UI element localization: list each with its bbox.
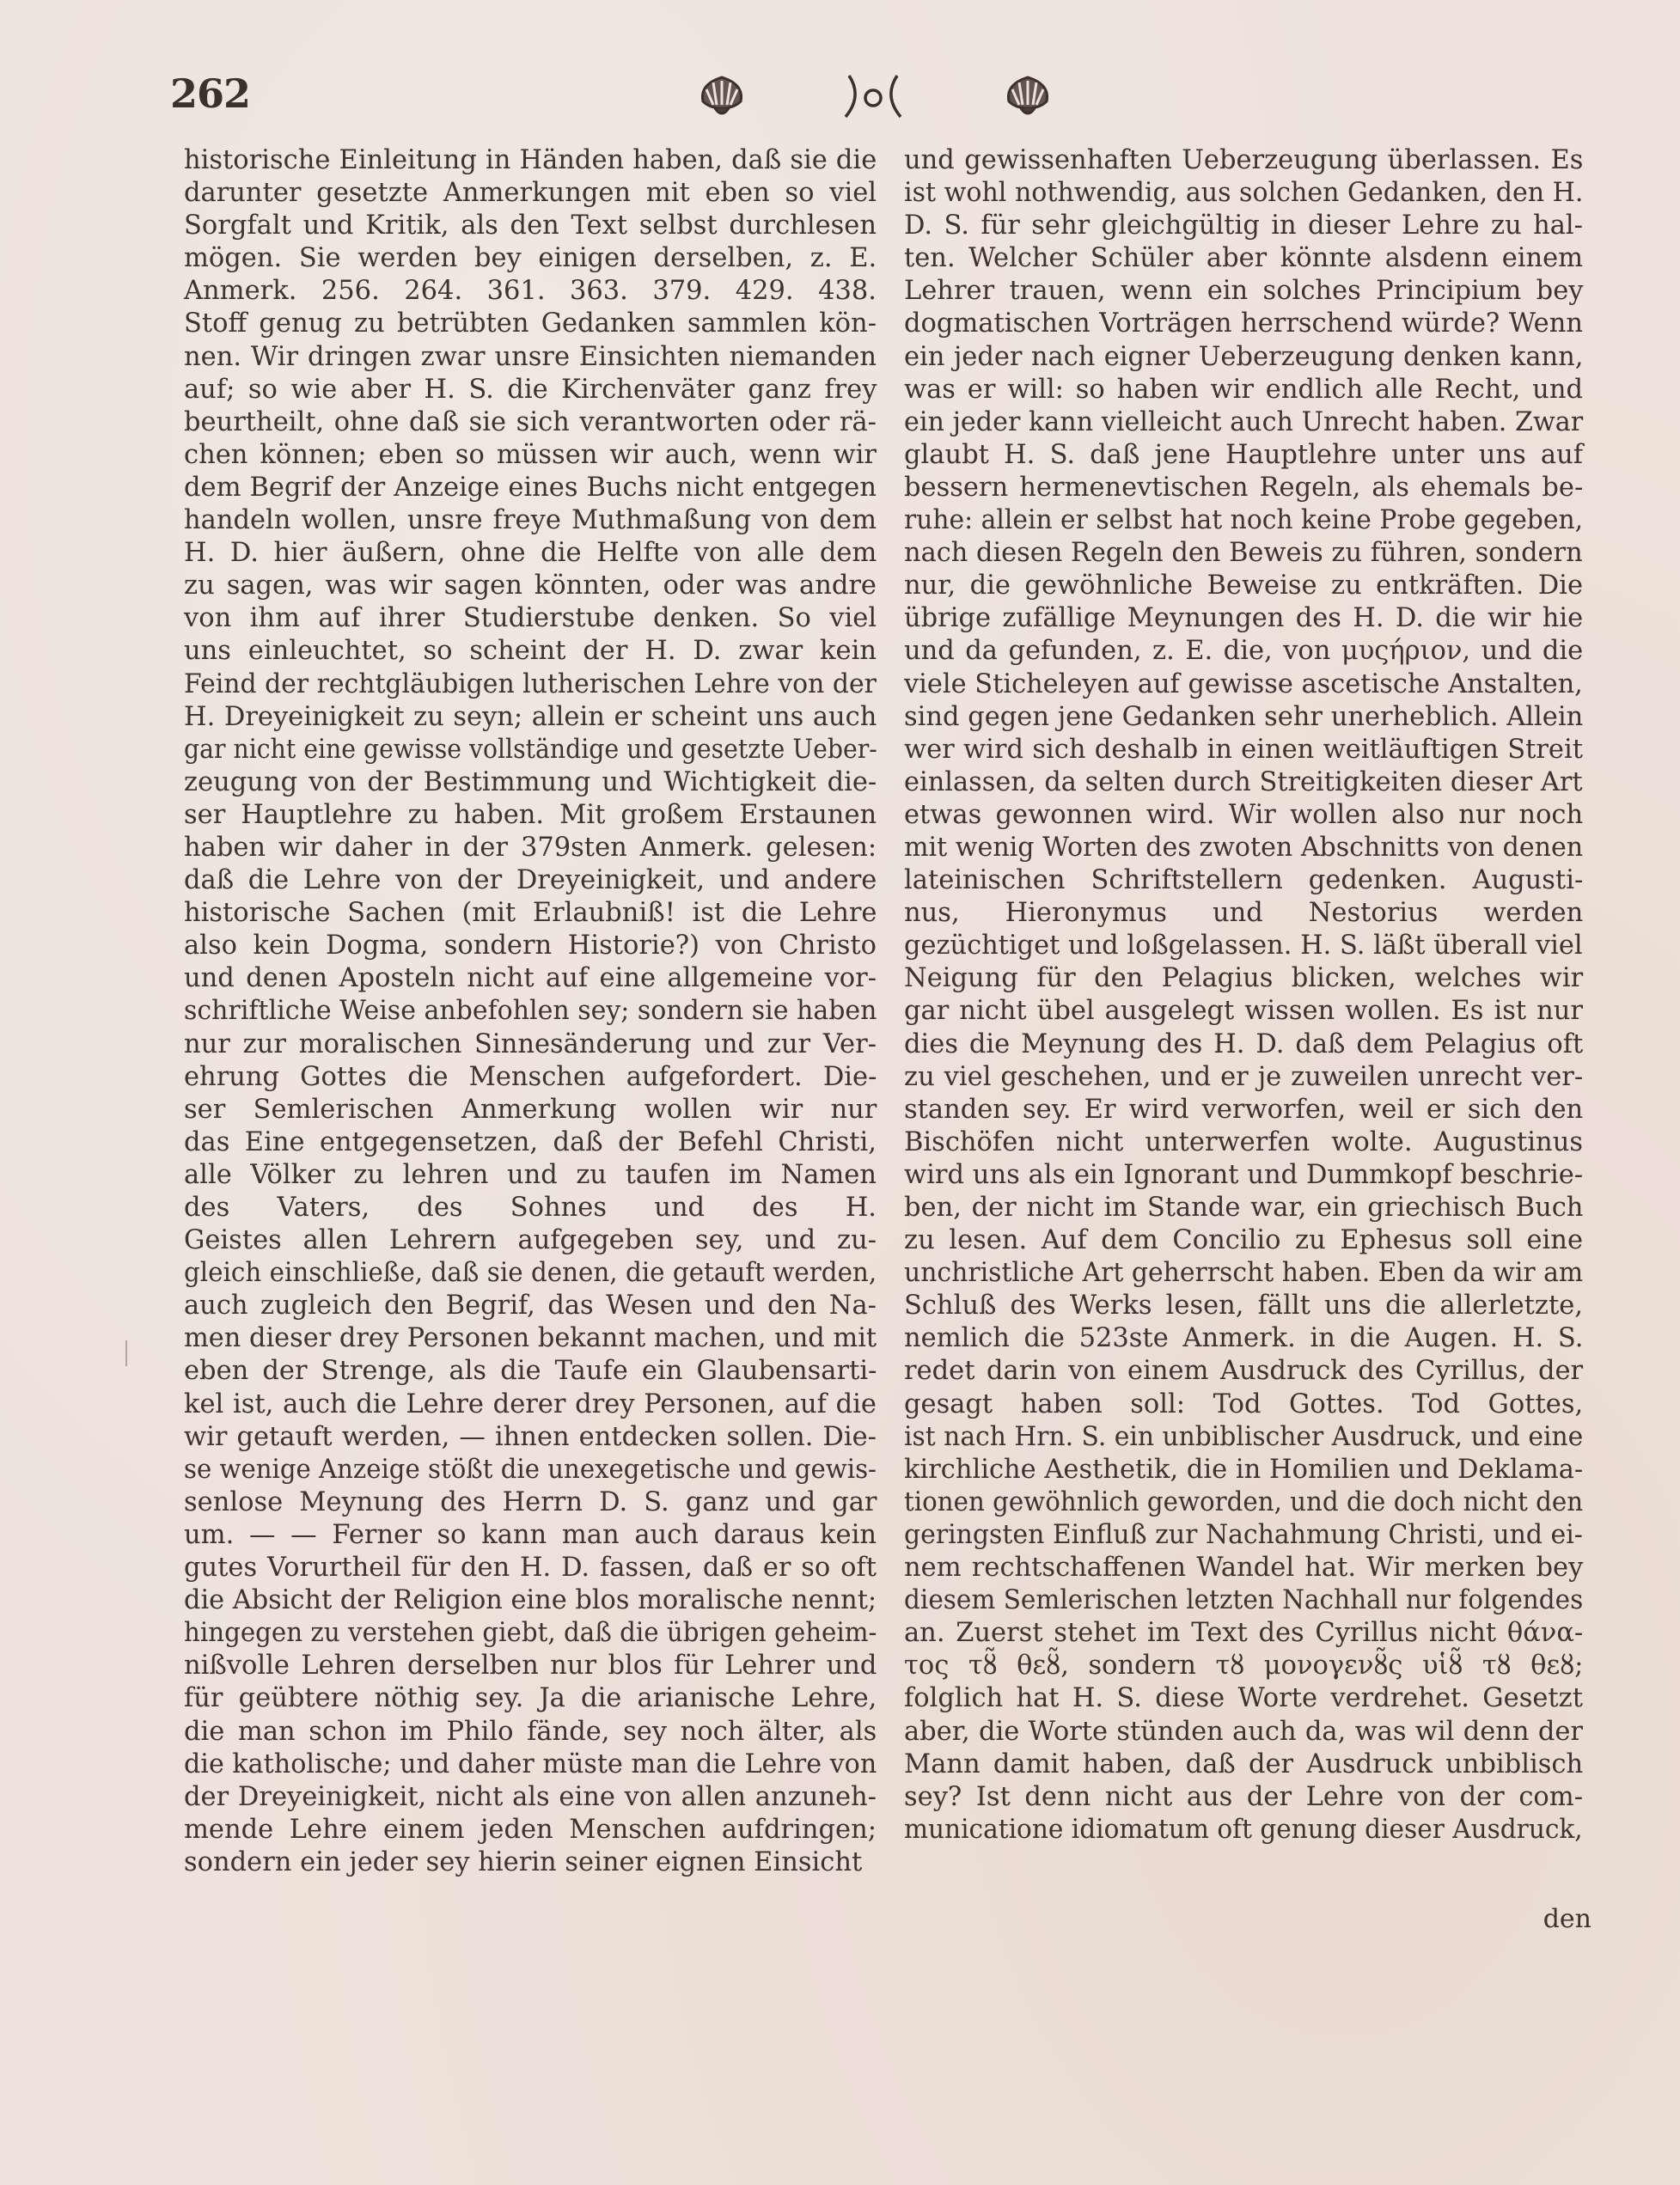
text-line: historische Sachen (mit Erlaubniß! ist d… — [184, 897, 877, 930]
text-line: Feind der rechtgläubigen lutherischen Le… — [184, 668, 877, 701]
text-line: wir getauft werden, — ihnen entdecken so… — [184, 1421, 877, 1454]
text-line: Schluß des Werks lesen, fällt uns die al… — [904, 1290, 1583, 1322]
text-line: für geübtere nöthig sey. Ja die arianisc… — [184, 1682, 877, 1715]
shell-icon — [696, 72, 748, 124]
text-line: gesagt haben soll: Tod Gottes. Tod Gotte… — [904, 1389, 1583, 1421]
text-line: standen sey. Er wird verworfen, weil er … — [904, 1094, 1583, 1126]
bracket-circle-icon — [840, 70, 906, 125]
text-line: Stoff genug zu betrübten Gedanken sammle… — [184, 308, 877, 340]
text-line: und denen Aposteln nicht auf eine allgem… — [184, 962, 877, 995]
text-line: lateinischen Schriftstellern gedenken. A… — [904, 864, 1583, 897]
text-line: viele Sticheleyen auf gewisse ascetische… — [904, 668, 1583, 701]
margin-mark — [125, 1340, 127, 1366]
text-line: haben wir daher in der 379sten Anmerk. g… — [184, 832, 877, 864]
text-line: ruhe: allein er selbst hat noch keine Pr… — [904, 504, 1583, 537]
text-line: glaubt H. S. daß jene Hauptlehre unter u… — [904, 439, 1583, 472]
text-line: ehrung Gottes die Menschen aufgefordert.… — [184, 1061, 877, 1094]
text-line: Anmerk. 256. 264. 361. 363. 379. 429. 43… — [184, 275, 877, 308]
text-line: dogmatischen Vorträgen herrschend würde?… — [904, 308, 1583, 340]
text-line: nißvolle Lehren derselben nur blos für L… — [184, 1650, 877, 1682]
text-line: senlose Meynung des Herrn D. S. ganz und… — [184, 1486, 877, 1519]
text-line: der Dreyeinigkeit, nicht als eine von al… — [184, 1781, 877, 1814]
text-line: H. D. hier äußern, ohne die Helfte von a… — [184, 537, 877, 570]
text-line: ben, der nicht im Stande war, ein griech… — [904, 1192, 1583, 1224]
text-line: nen. Wir dringen zwar unsre Einsichten n… — [184, 341, 877, 374]
text-line: nus, Hieronymus und Nestorius werden — [904, 897, 1583, 930]
text-line: sey? Ist denn nicht aus der Lehre von de… — [904, 1781, 1583, 1814]
text-line: und da gefunden, z. E. die, von μυςήριον… — [904, 635, 1583, 668]
text-line: geringsten Einfluß zur Nachahmung Christ… — [904, 1519, 1583, 1552]
text-line: zu viel geschehen, und er je zuweilen un… — [904, 1061, 1583, 1094]
text-line: Geistes allen Lehrern aufgegeben sey, un… — [184, 1224, 877, 1257]
text-line: gleich einschließe, daß sie denen, die g… — [184, 1257, 877, 1290]
text-line: nemlich die 523ste Anmerk. in die Augen.… — [904, 1322, 1583, 1355]
text-line: sondern ein jeder sey hierin seiner eign… — [184, 1846, 877, 1879]
text-line: gezüchtiget und loßgelassen. H. S. läßt … — [904, 930, 1583, 962]
text-line: also kein Dogma, sondern Historie?) von … — [184, 930, 877, 962]
page-number: 262 — [170, 70, 250, 117]
text-line: übrige zufällige Meynungen des H. D. die… — [904, 602, 1583, 635]
text-line: darunter gesetzte Anmerkungen mit eben s… — [184, 177, 877, 210]
text-line: nach diesen Regeln den Beweis zu führen,… — [904, 537, 1583, 570]
text-line: ein jeder nach eigner Ueberzeugung denke… — [904, 341, 1583, 374]
text-line: gar nicht eine gewisse vollständige und … — [184, 734, 877, 766]
text-line: aber, die Worte stünden auch da, was wil… — [904, 1716, 1583, 1749]
text-line: ist nach Hrn. S. ein unbiblischer Ausdru… — [904, 1421, 1583, 1454]
text-line: D. S. für sehr gleichgültig in dieser Le… — [904, 210, 1583, 242]
text-line: um. — — Ferner so kann man auch daraus k… — [184, 1519, 877, 1552]
text-line: kirchliche Aesthetik, die in Homilien un… — [904, 1454, 1583, 1486]
text-line: wer wird sich deshalb in einen weitläuft… — [904, 734, 1583, 766]
text-line: historische Einleitung in Händen haben, … — [184, 144, 877, 177]
text-line: zu sagen, was wir sagen könnten, oder wa… — [184, 570, 877, 602]
text-line: und gewissenhaften Ueberzeugung überlass… — [904, 144, 1583, 177]
text-line: Mann damit haben, daß der Ausdruck unbib… — [904, 1749, 1583, 1781]
catchword: den — [1543, 1904, 1591, 1934]
text-line: municatione idiomatum oft genung dieser … — [904, 1814, 1583, 1846]
text-line: ist wohl nothwendig, aus solchen Gedanke… — [904, 177, 1583, 210]
text-line: kel ist, auch die Lehre derer drey Perso… — [184, 1389, 877, 1421]
text-line: handeln wollen, unsre freye Muthmaßung v… — [184, 504, 877, 537]
text-line: Sorgfalt und Kritik, als den Text selbst… — [184, 210, 877, 242]
text-line: gutes Vorurtheil für den H. D. fassen, d… — [184, 1552, 877, 1584]
text-line: ein jeder kann vielleicht auch Unrecht h… — [904, 406, 1583, 439]
text-line: Neigung für den Pelagius blicken, welche… — [904, 962, 1583, 995]
text-line: uns einleuchtet, so scheint der H. D. zw… — [184, 635, 877, 668]
text-line: ser Semlerischen Anmerkung wollen wir nu… — [184, 1094, 877, 1126]
text-line: was er will: so haben wir endlich alle R… — [904, 374, 1583, 406]
text-line: des Vaters, des Sohnes und des H. — [184, 1192, 877, 1224]
text-line: mögen. Sie werden bey einigen derselben,… — [184, 242, 877, 275]
text-line: men dieser drey Personen bekannt machen,… — [184, 1322, 877, 1355]
text-line: dem Begrif der Anzeige eines Buchs nicht… — [184, 472, 877, 504]
text-line: eben der Strenge, als die Taufe ein Glau… — [184, 1355, 877, 1388]
left-text-column: historische Einleitung in Händen haben, … — [184, 144, 877, 1879]
text-line: die katholische; und daher müste man die… — [184, 1749, 877, 1781]
text-line: hingegen zu verstehen giebt, daß die übr… — [184, 1617, 877, 1650]
text-line: nem rechtschaffenen Wandel hat. Wir merk… — [904, 1552, 1583, 1584]
text-line: an. Zuerst stehet im Text des Cyrillus n… — [904, 1617, 1583, 1650]
text-line: die man schon im Philo fände, sey noch ä… — [184, 1716, 877, 1749]
text-line: dies die Meynung des H. D. daß dem Pelag… — [904, 1028, 1583, 1061]
text-line: daß die Lehre von der Dreyeinigkeit, und… — [184, 864, 877, 897]
book-page: 262 — [0, 0, 1680, 2185]
text-line: beurtheilt, ohne daß sie sich verantwort… — [184, 406, 877, 439]
text-line: redet darin von einem Ausdruck des Cyril… — [904, 1355, 1583, 1388]
text-line: gar nicht übel ausgelegt wissen wollen. … — [904, 995, 1583, 1028]
text-line: alle Völker zu lehren und zu taufen im N… — [184, 1159, 877, 1192]
text-line: mit wenig Worten des zwoten Abschnitts v… — [904, 832, 1583, 864]
text-line: ser Hauptlehre zu haben. Mit großem Erst… — [184, 799, 877, 832]
text-line: zeugung von der Bestimmung und Wichtigke… — [184, 766, 877, 799]
text-line: zu lesen. Auf dem Concilio zu Ephesus so… — [904, 1224, 1583, 1257]
text-line: ten. Welcher Schüler aber könnte alsdenn… — [904, 242, 1583, 275]
right-text-column: und gewissenhaften Ueberzeugung überlass… — [904, 144, 1583, 1846]
shell-icon — [1002, 72, 1054, 124]
text-line: schriftliche Weise anbefohlen sey; sonde… — [184, 995, 877, 1028]
text-line: etwas gewonnen wird. Wir wollen also nur… — [904, 799, 1583, 832]
text-line: Lehrer trauen, wenn ein solches Principi… — [904, 275, 1583, 308]
text-line: Bischöfen nicht unterwerfen wolte. Augus… — [904, 1126, 1583, 1159]
text-line: auf; so wie aber H. S. die Kirchenväter … — [184, 374, 877, 406]
text-line: diesem Semlerischen letzten Nachhall nur… — [904, 1584, 1583, 1617]
text-line: chen können; eben so müssen wir auch, we… — [184, 439, 877, 472]
text-line: sind gegen jene Gedanken sehr unerheblic… — [904, 701, 1583, 734]
text-line: nur zur moralischen Sinnesänderung und z… — [184, 1028, 877, 1061]
text-line: nur, die gewöhnliche Beweise zu entkräft… — [904, 570, 1583, 602]
text-line: folglich hat H. S. diese Worte verdrehet… — [904, 1682, 1583, 1715]
page-header: 262 — [170, 70, 1579, 131]
text-line: von ihm auf ihrer Studierstube denken. S… — [184, 602, 877, 635]
text-line: H. Dreyeinigkeit zu seyn; allein er sche… — [184, 701, 877, 734]
text-line: τος τȣ̃ θεȣ̃, sondern τȣ μονογενȣ̃ς υἱȣ̃… — [904, 1650, 1583, 1682]
text-line: einlassen, da selten durch Streitigkeite… — [904, 766, 1583, 799]
text-line: bessern hermenevtischen Regeln, als ehem… — [904, 472, 1583, 504]
text-line: wird uns als ein Ignorant und Dummkopf b… — [904, 1159, 1583, 1192]
text-line: auch zugleich den Begrif, das Wesen und … — [184, 1290, 877, 1322]
text-line: se wenige Anzeige stößt die unexegetisch… — [184, 1454, 877, 1486]
text-line: das Eine entgegensetzen, daß der Befehl … — [184, 1126, 877, 1159]
text-line: mende Lehre einem jeden Menschen aufdrin… — [184, 1814, 877, 1846]
text-line: die Absicht der Religion eine blos moral… — [184, 1584, 877, 1617]
text-line: tionen gewöhnlich geworden, und die doch… — [904, 1486, 1583, 1519]
text-line: unchristliche Art geherrscht haben. Eben… — [904, 1257, 1583, 1290]
